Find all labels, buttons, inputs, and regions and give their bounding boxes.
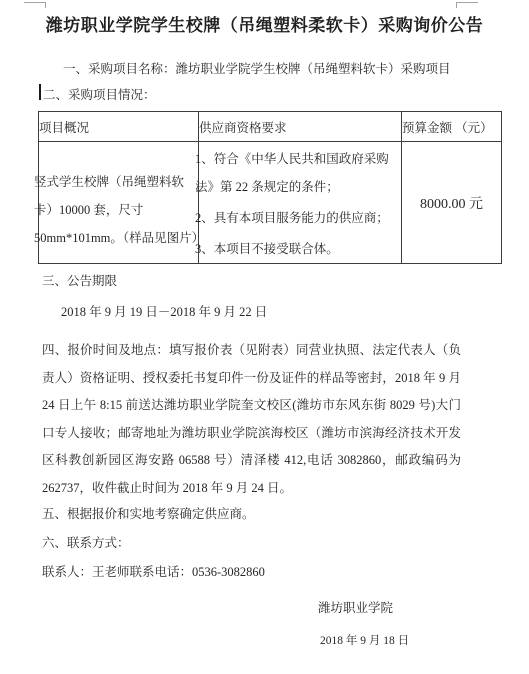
table-header-row: 项目概况 供应商资格要求 预算金额 （元） bbox=[39, 112, 502, 142]
column-header-budget-amount: 预算金额 （元） bbox=[402, 112, 502, 142]
table-row: 竖式学生校牌（吊绳塑料软卡）10000 套，尺寸 50mm*101mm。（样品见… bbox=[39, 142, 502, 264]
column-header-project-overview: 项目概况 bbox=[39, 112, 199, 142]
cell-project-overview: 竖式学生校牌（吊绳塑料软卡）10000 套，尺寸 50mm*101mm。（样品见… bbox=[39, 142, 199, 264]
qualification-item-1: 1、符合《中华人民共和国政府采购法》第 22 条规定的条件； bbox=[195, 142, 401, 201]
margin-crop-mark-top-right-vertical-icon bbox=[456, 2, 457, 8]
page-title: 潍坊职业学院学生校牌（吊绳塑料柔软卡）采购询价公告 bbox=[0, 11, 529, 36]
section-3-heading: 三、公告期限 bbox=[42, 273, 117, 289]
qualification-item-3: 3、本项目不接受联合体。 bbox=[195, 232, 401, 263]
project-overview-text: 竖式学生校牌（吊绳塑料软卡）10000 套，尺寸 50mm*101mm。（样品见… bbox=[34, 154, 198, 252]
section-1-project-name: 一、采购项目名称：潍坊职业学院学生校牌（吊绳塑料软卡）采购项目 bbox=[63, 61, 451, 77]
cell-budget-amount: 8000.00 元 bbox=[402, 142, 502, 264]
document-page[interactable]: 潍坊职业学院学生校牌（吊绳塑料柔软卡）采购询价公告 一、采购项目名称：潍坊职业学… bbox=[0, 0, 529, 674]
section-2-heading: 二、采购项目情况： bbox=[43, 87, 156, 103]
section-5-supplier-determination: 五、根据报价和实地考察确定供应商。 bbox=[42, 506, 255, 522]
section-3-date-range: 2018 年 9 月 19 日－2018 年 9 月 22 日 bbox=[61, 304, 267, 320]
margin-crop-mark-top-left-horizontal-icon bbox=[24, 2, 46, 3]
text-cursor-icon bbox=[39, 84, 41, 100]
procurement-table: 项目概况 供应商资格要求 预算金额 （元） 竖式学生校牌（吊绳塑料软卡）1000… bbox=[38, 111, 502, 264]
signature-date: 2018 年 9 月 18 日 bbox=[320, 632, 409, 648]
cell-supplier-qualifications: 1、符合《中华人民共和国政府采购法》第 22 条规定的条件； 2、具有本项目服务… bbox=[199, 142, 402, 264]
margin-crop-mark-top-left-vertical-icon bbox=[45, 2, 46, 8]
column-header-supplier-qualifications: 供应商资格要求 bbox=[199, 112, 402, 142]
section-4-quotation-details: 四、报价时间及地点：填写报价表（见附表）同营业执照、法定代表人（负责人）资格证明… bbox=[42, 337, 461, 502]
signature-organization: 潍坊职业学院 bbox=[318, 598, 393, 616]
qualification-item-2: 2、具有本项目服务能力的供应商； bbox=[195, 201, 401, 232]
section-6-contact-heading: 六、联系方式： bbox=[42, 535, 130, 551]
margin-crop-mark-top-right-horizontal-icon bbox=[456, 2, 478, 3]
contact-person-line: 联系人：王老师联系电话：0536-3082860 bbox=[42, 564, 265, 580]
